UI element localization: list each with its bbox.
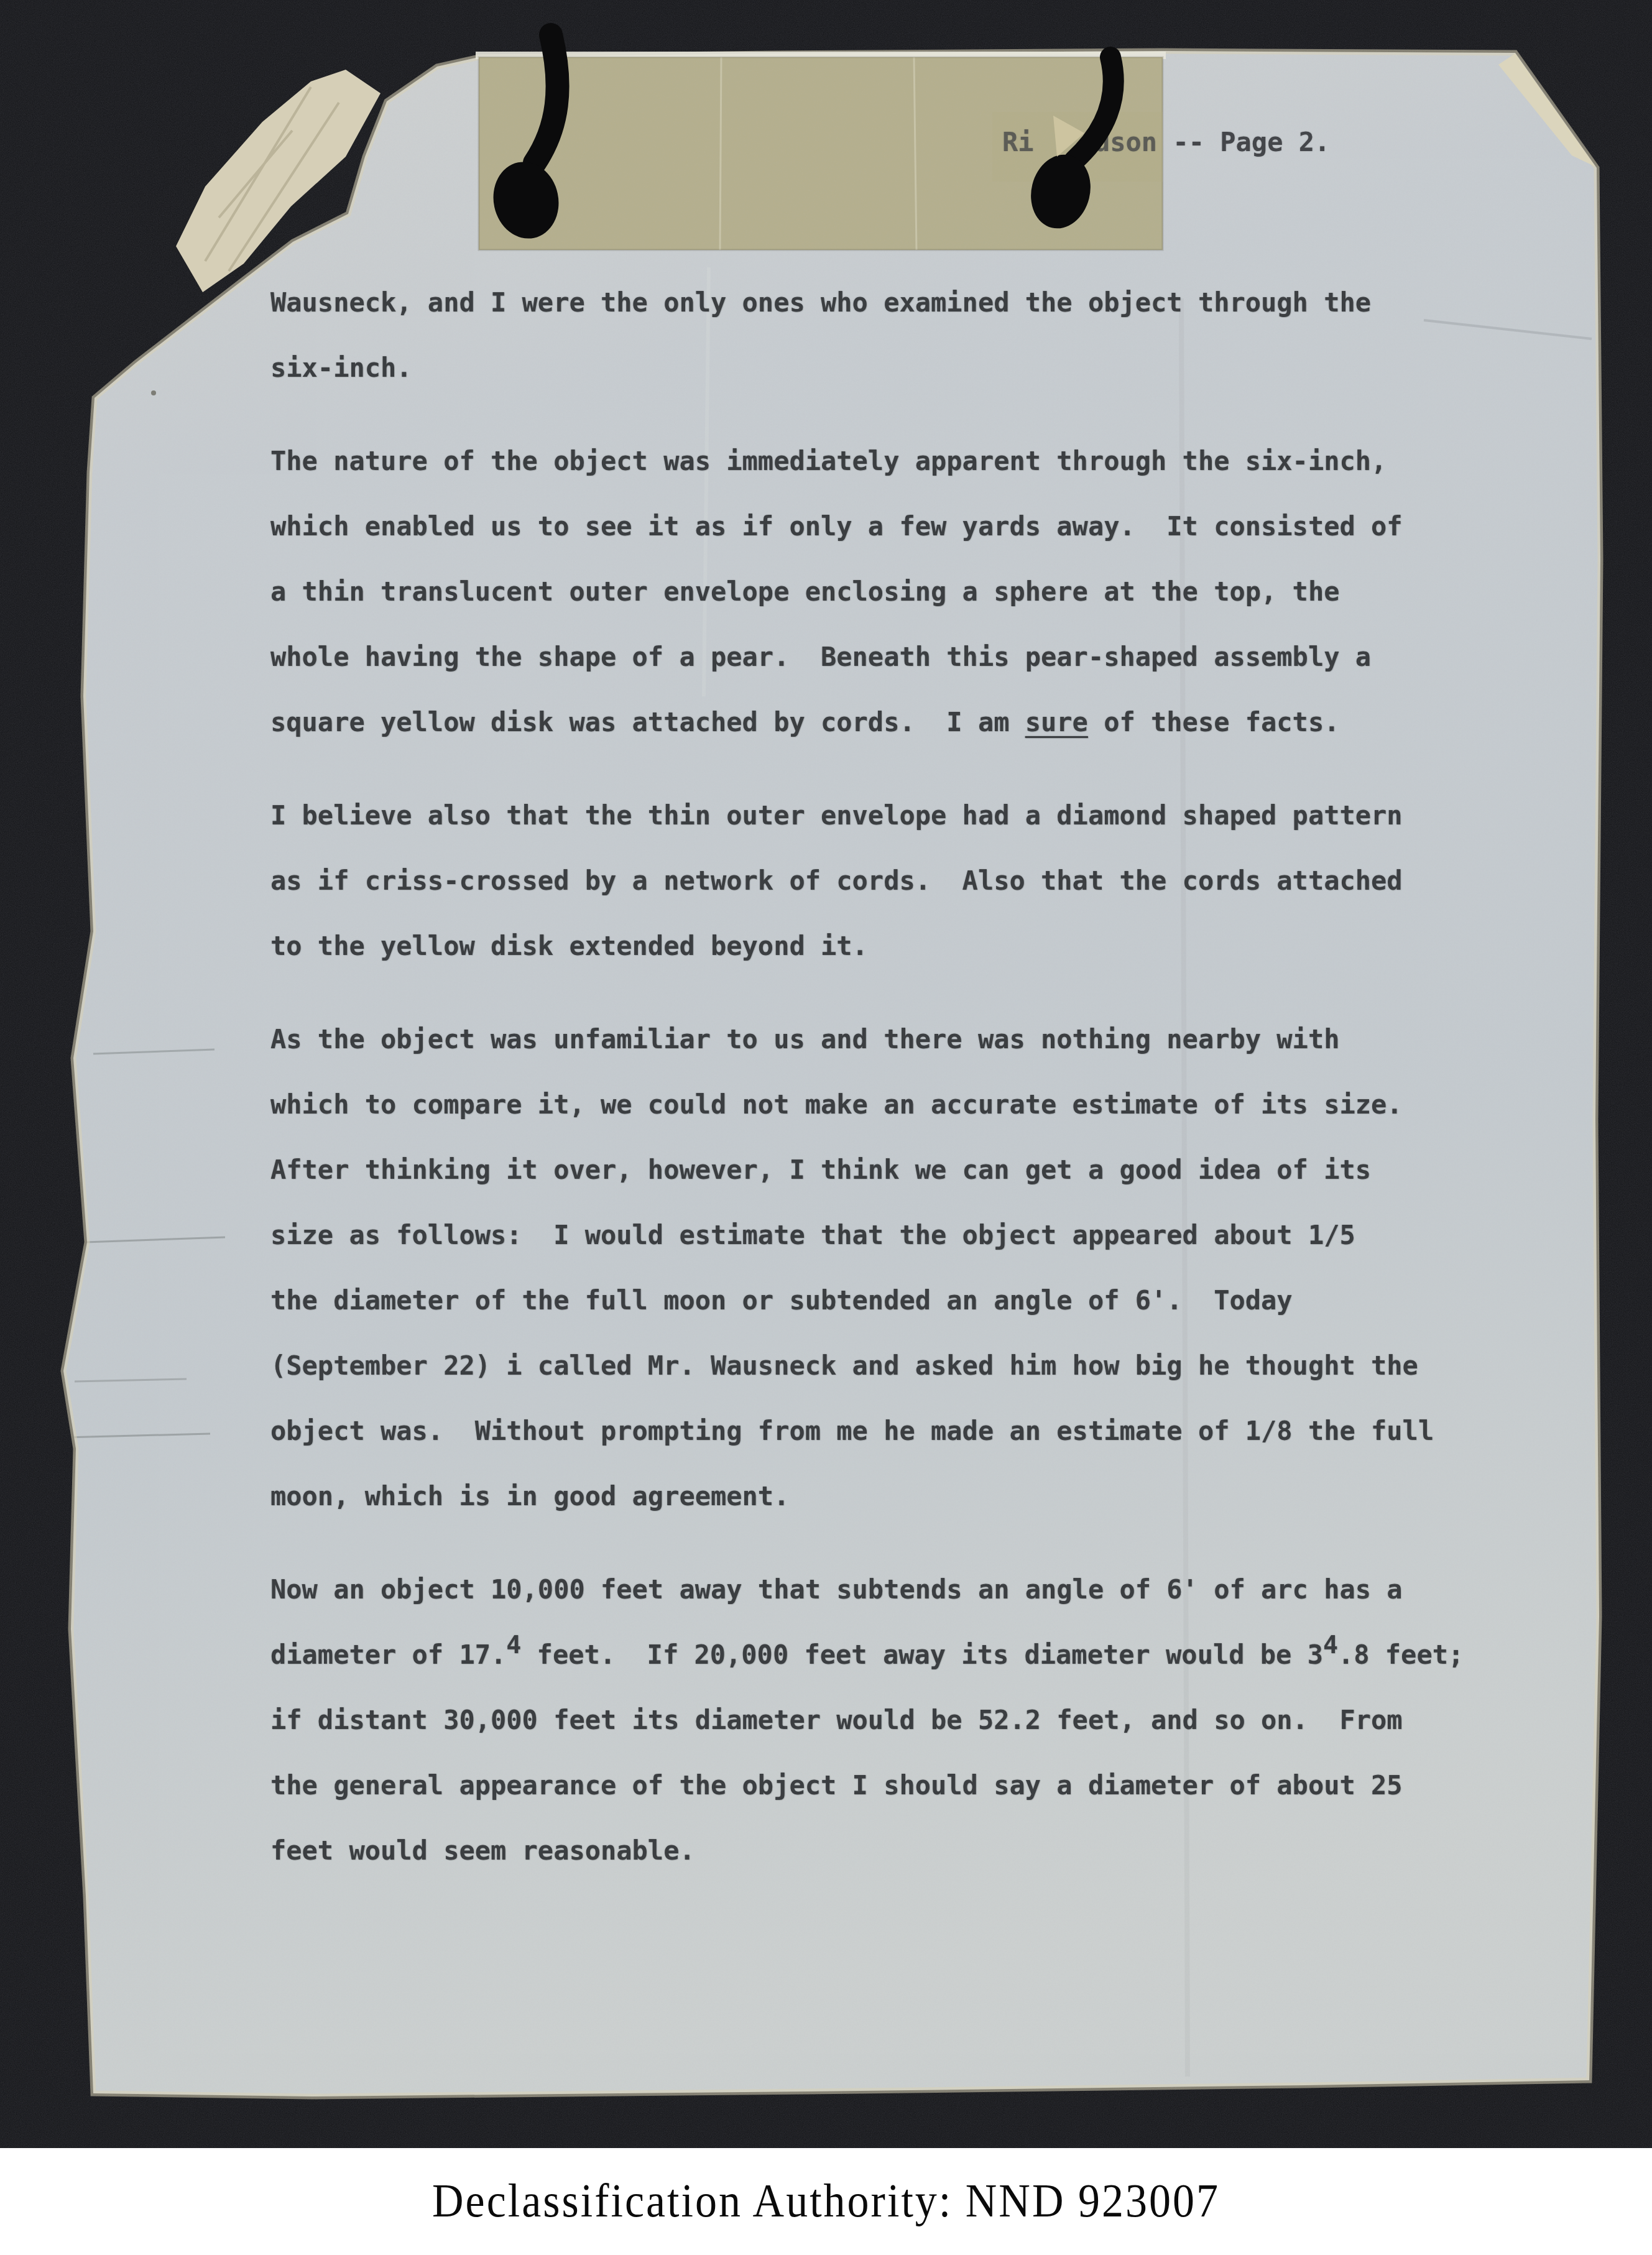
underlined-word: sure (1025, 707, 1088, 737)
tape-texture (479, 57, 1163, 250)
typewritten-line: moon, which is in good agreement. (270, 1481, 789, 1511)
typewritten-line: which enabled us to see it as if only a … (270, 511, 1403, 542)
typewritten-line: object was. Without prompting from me he… (270, 1416, 1434, 1446)
scan-base-image (0, 0, 1652, 2148)
typewritten-line: six-inch. (270, 353, 412, 383)
line-text: the diameter of the full moon or subtend… (270, 1285, 1293, 1316)
line-text: which to compare it, we could not make a… (270, 1089, 1403, 1120)
line-text: As the object was unfamiliar to us and t… (270, 1024, 1339, 1054)
typewritten-line: as if criss-crossed by a network of cord… (270, 865, 1403, 896)
declassification-text: Declassification Authority: NND 923007 (432, 2175, 1220, 2228)
line-text: of these facts. (1088, 707, 1340, 737)
typewritten-line: Now an object 10,000 feet away that subt… (270, 1574, 1403, 1605)
paper-grain-texture (0, 0, 1652, 2148)
typewritten-line: a thin translucent outer envelope enclos… (270, 576, 1339, 607)
line-text: (September 22) i called Mr. Wausneck and… (270, 1350, 1418, 1381)
page-header-right: dson -- Page 2. (1094, 127, 1330, 157)
typewritten-line: As the object was unfamiliar to us and t… (270, 1024, 1339, 1054)
line-text: diameter of 17. (270, 1639, 506, 1670)
line-text: if distant 30,000 feet its diameter woul… (270, 1705, 1403, 1735)
line-text: the general appearance of the object I s… (270, 1770, 1403, 1801)
typewritten-line: square yellow disk was attached by cords… (270, 707, 1339, 737)
typewritten-line: Wausneck, and I were the only ones who e… (270, 287, 1371, 318)
typewritten-line: whole having the shape of a pear. Beneat… (270, 642, 1371, 672)
line-text: six-inch. (270, 353, 412, 383)
line-text: .8 feet; (1338, 1639, 1464, 1670)
line-text: 4 (506, 1631, 521, 1659)
typewritten-line: which to compare it, we could not make a… (270, 1089, 1403, 1120)
typewritten-line: The nature of the object was immediately… (270, 446, 1387, 476)
line-text: object was. Without prompting from me he… (270, 1416, 1434, 1446)
typewritten-line: the diameter of the full moon or subtend… (270, 1285, 1293, 1316)
scanned-document-page: Ri dson -- Page 2. Wausneck, and I were … (0, 0, 1652, 2255)
typewritten-line: I believe also that the thin outer envel… (270, 800, 1403, 831)
line-text: as if criss-crossed by a network of cord… (270, 865, 1403, 896)
line-text: square yellow disk was attached by cords… (270, 707, 1025, 737)
line-text: The nature of the object was immediately… (270, 446, 1387, 476)
page-header-left: Ri (1002, 127, 1034, 157)
declassification-band: Declassification Authority: NND 923007 (0, 2148, 1652, 2255)
line-text: 4 (1323, 1631, 1338, 1659)
typewritten-line: After thinking it over, however, I think… (270, 1155, 1371, 1185)
line-text: I believe also that the thin outer envel… (270, 800, 1403, 831)
line-text: a thin translucent outer envelope enclos… (270, 576, 1339, 607)
line-text: size as follows: I would estimate that t… (270, 1220, 1355, 1250)
line-text: whole having the shape of a pear. Beneat… (270, 642, 1371, 672)
typewritten-line: diameter of 17.4 feet. If 20,000 feet aw… (270, 1639, 1464, 1670)
typewritten-line: (September 22) i called Mr. Wausneck and… (270, 1350, 1418, 1381)
line-text: which enabled us to see it as if only a … (270, 511, 1403, 542)
line-text: moon, which is in good agreement. (270, 1481, 789, 1511)
line-text: feet. If 20,000 feet away its diameter w… (521, 1639, 1323, 1670)
line-text: After thinking it over, however, I think… (270, 1155, 1371, 1185)
typewritten-line: feet would seem reasonable. (270, 1835, 695, 1866)
line-text: to the yellow disk extended beyond it. (270, 931, 868, 961)
line-text: Now an object 10,000 feet away that subt… (270, 1574, 1403, 1605)
line-text: feet would seem reasonable. (270, 1835, 695, 1866)
pin-hole (151, 390, 156, 395)
line-text: Wausneck, and I were the only ones who e… (270, 287, 1371, 318)
typewritten-line: if distant 30,000 feet its diameter woul… (270, 1705, 1403, 1735)
typewritten-line: to the yellow disk extended beyond it. (270, 931, 868, 961)
typewritten-line: size as follows: I would estimate that t… (270, 1220, 1355, 1250)
typewritten-line: the general appearance of the object I s… (270, 1770, 1403, 1801)
